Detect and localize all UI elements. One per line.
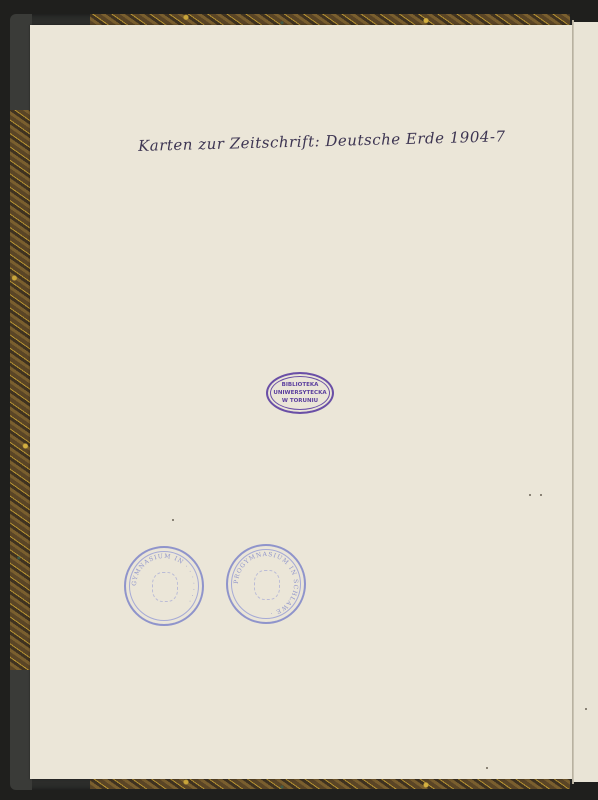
paper-speck: [172, 519, 174, 521]
library-stamp-oval: BIBLIOTEKA UNIWERSYTECKA W TORUNIU: [266, 372, 334, 414]
paper-speck: [540, 494, 542, 496]
stamp-emblem-icon: [152, 572, 178, 602]
paper-speck: [585, 708, 587, 710]
stamp-line-3: W TORUNIU: [282, 397, 318, 405]
paper-speck: [529, 494, 531, 496]
progymnasium-stamp-right: PROGYMNASIUM IN SCHLAWE ·: [226, 544, 306, 624]
marbled-edge-top: [90, 14, 570, 25]
gymnasium-stamp-left: GYMNASIUM IN · · · · · · ·: [124, 546, 204, 626]
marbled-edge-left: [10, 110, 32, 670]
stamp-line-1: BIBLIOTEKA: [282, 381, 319, 389]
stamp-crest-icon: [254, 570, 280, 600]
facing-page-edge: [573, 22, 598, 782]
marbled-edge-bottom: [90, 779, 570, 789]
paper-speck: [486, 767, 488, 769]
cloth-corner-bottom-left: [10, 670, 32, 790]
stamp-line-2: UNIWERSYTECKA: [273, 389, 326, 397]
cloth-corner-top-left: [10, 14, 32, 110]
